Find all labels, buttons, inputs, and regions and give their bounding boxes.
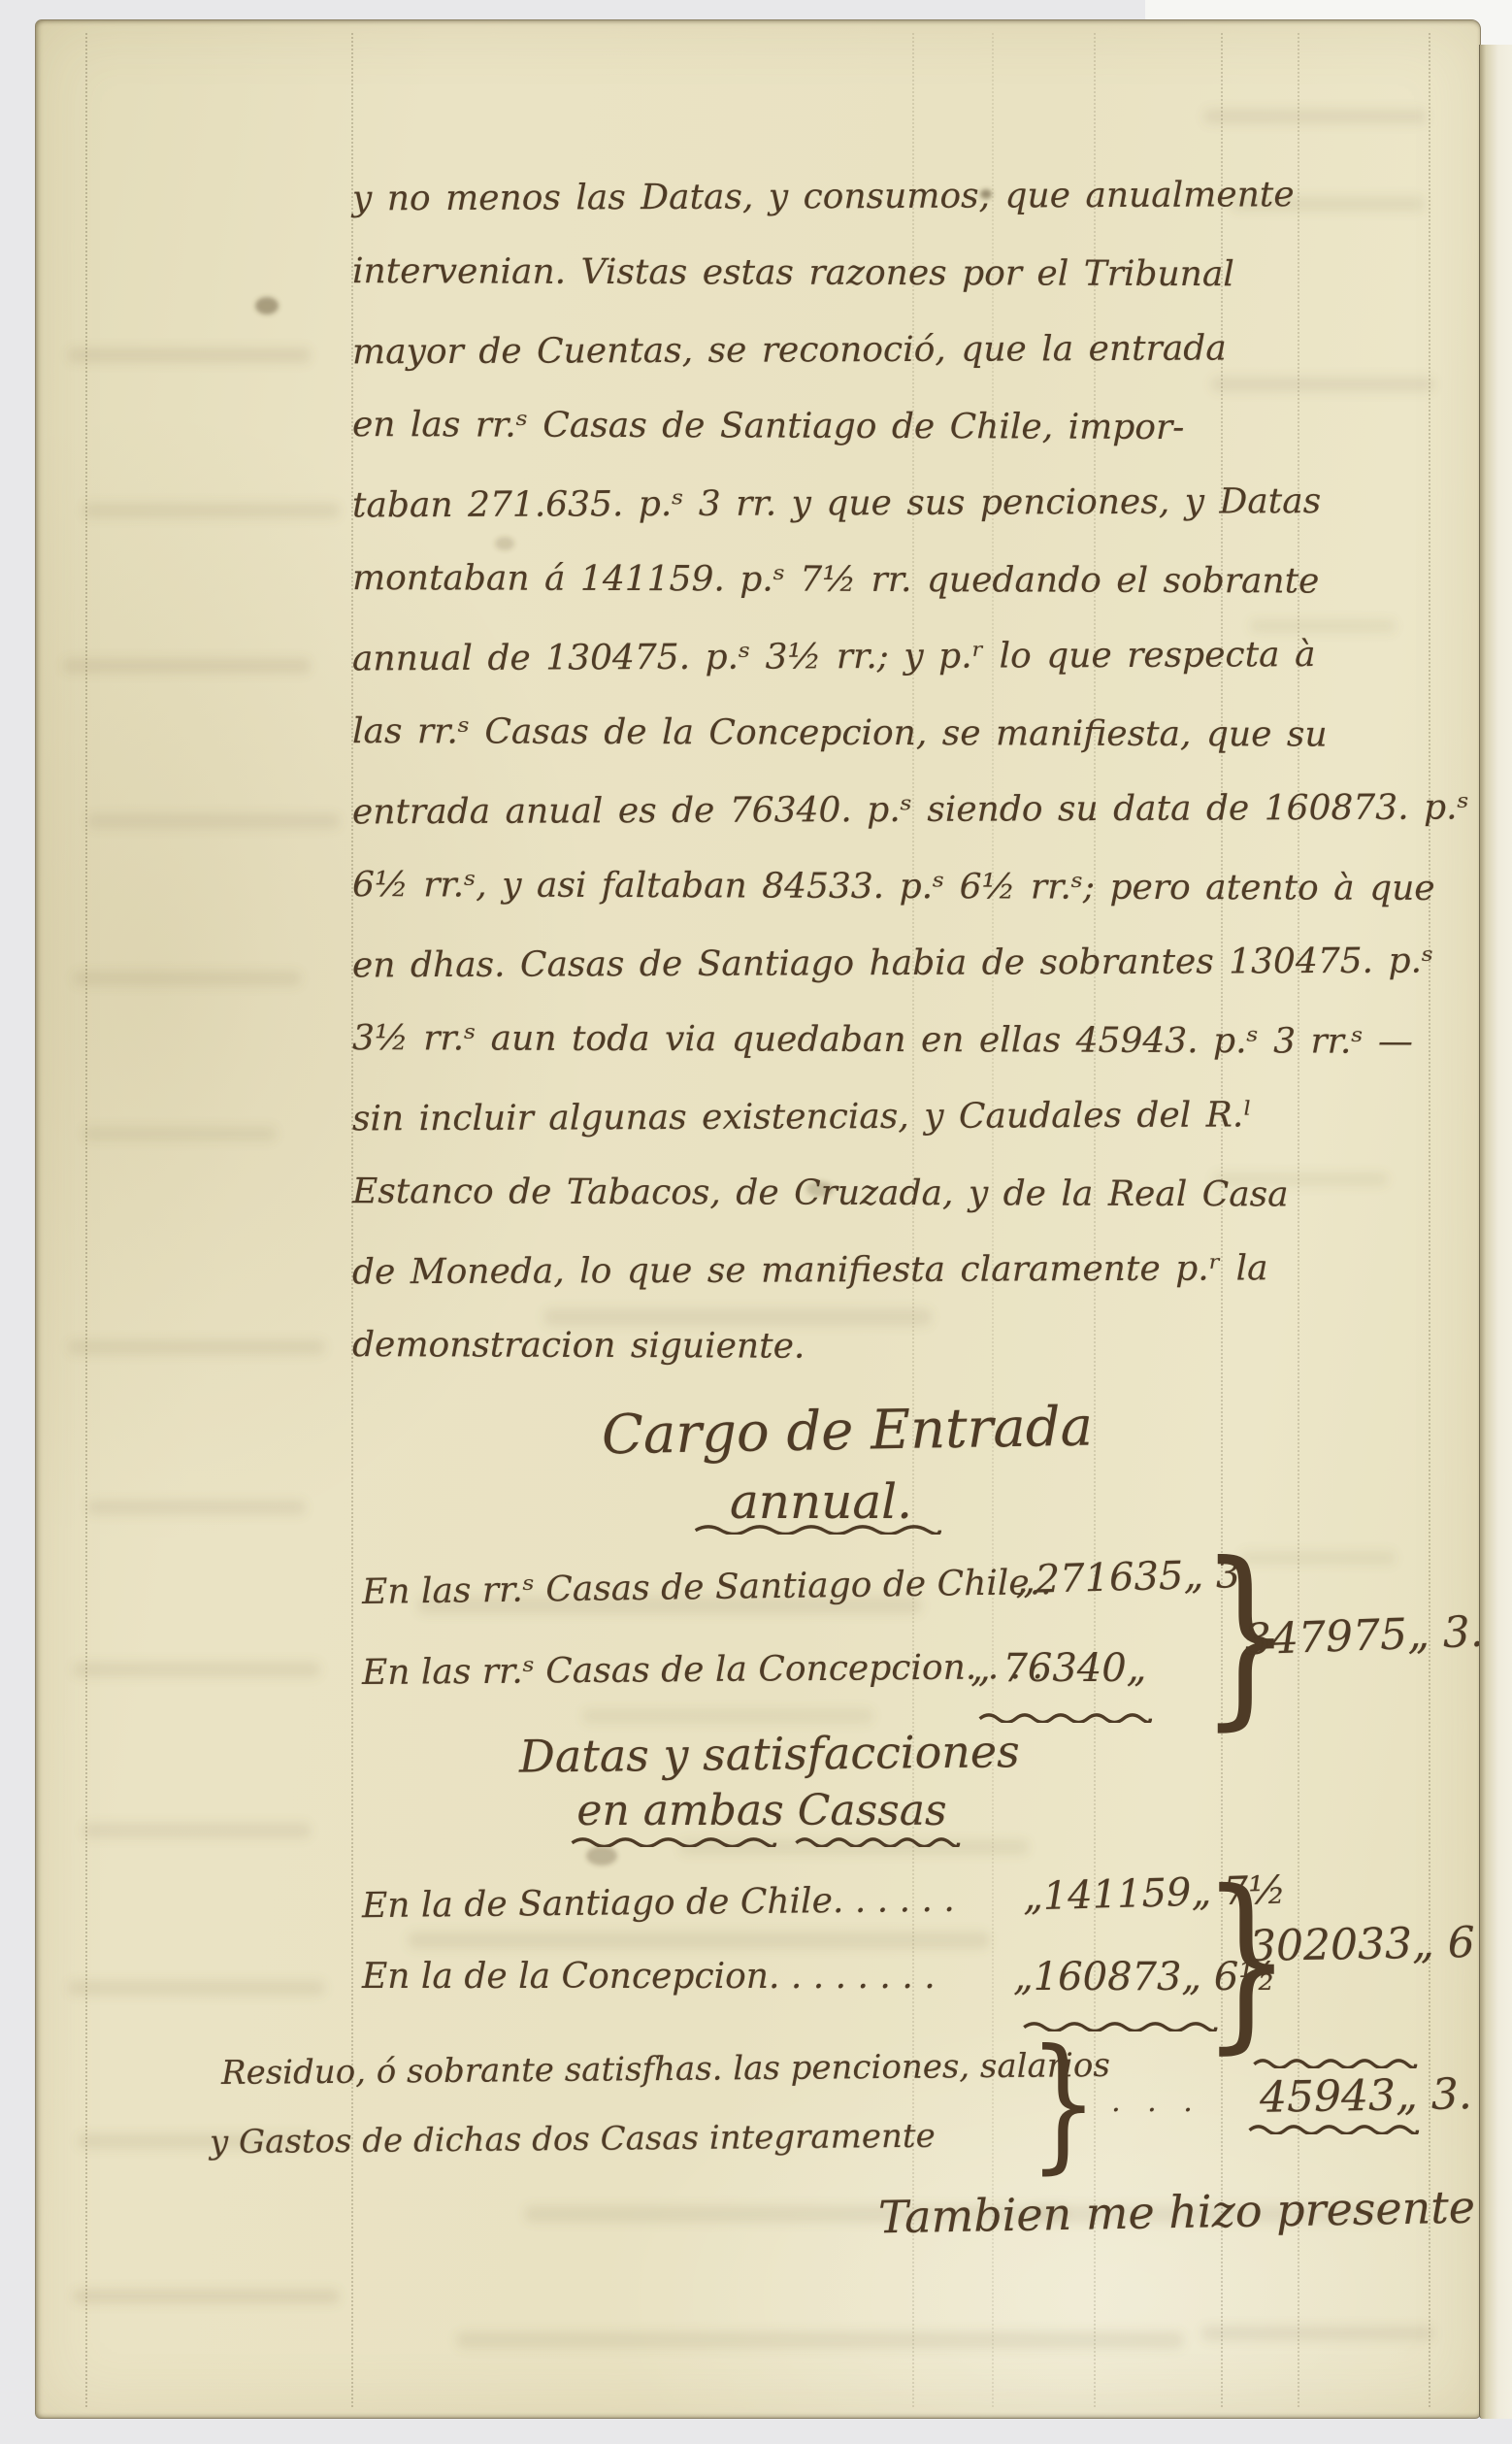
- squiggle-underline: [567, 1834, 780, 1847]
- manuscript-line: 3½ rr.ˢ aun toda via quedaban en ellas 4…: [352, 1000, 1430, 1080]
- manuscript-line: en las rr.ˢ Casas de Santiago de Chile, …: [352, 386, 1430, 467]
- adjacent-page-edge: [1479, 45, 1512, 2419]
- squiggle-underline: [975, 1710, 1155, 1723]
- manuscript-paragraph: y no menos las Datas, y consumos, que an…: [352, 158, 1430, 1385]
- manuscript-line: de Moneda, lo que se manifiesta claramen…: [352, 1230, 1430, 1311]
- closing-line: Tambien me hizo presente: [878, 2181, 1476, 2244]
- squiggle-underline: [689, 1522, 946, 1535]
- manuscript-line: mayor de Cuentas, se reconoció, que la e…: [352, 310, 1430, 391]
- datas-row-santiago-label: En la de Santiago de Chile. . . . . .: [362, 1880, 955, 1926]
- manuscript-line: en dhas. Casas de Santiago habia de sobr…: [352, 923, 1430, 1005]
- manuscript-line: 6½ rr.ˢ, y asi faltaban 84533. p.ˢ 6½ rr…: [352, 846, 1430, 927]
- manuscript-line: entrada anual es de 76340. p.ˢ siendo su…: [352, 770, 1430, 851]
- document-scan: y no menos las Datas, y consumos, que an…: [0, 0, 1512, 2444]
- section-title-datas-ambas: en ambas Cassas: [519, 1786, 1004, 1835]
- section-title-cargo: Cargo de Entrada: [601, 1396, 1087, 1468]
- residuo-leader-dots: . . . .: [1075, 2085, 1201, 2119]
- residuo-line-2: y Gastos de dichas dos Casas integrament…: [210, 2117, 936, 2163]
- residuo-line-1: Residuo, ó sobrante satisfhas. las penci…: [221, 2046, 1110, 2093]
- manuscript-line: taban 271.635. p.ˢ 3 rr. y que sus penci…: [352, 463, 1430, 545]
- squiggle-underline: [792, 1834, 963, 1847]
- manuscript-line: intervenian. Vistas estas razones por el…: [352, 233, 1430, 314]
- section-title-datas: Datas y satisfacciones: [519, 1725, 1005, 1782]
- manuscript-line: sin incluir algunas existencias, y Cauda…: [352, 1076, 1430, 1158]
- squiggle-rule-top: [1250, 2056, 1420, 2068]
- manuscript-line: montaban á 141159. p.ˢ 7½ rr. quedando e…: [352, 540, 1430, 620]
- manuscript-line: demonstracion siguiente.: [352, 1306, 1430, 1387]
- manuscript-line: las rr.ˢ Casas de la Concepcion, se mani…: [352, 693, 1430, 774]
- datas-row-concepcion-label: En la de la Concepcion. . . . . . . .: [362, 1957, 936, 1997]
- manuscript-line: y no menos las Datas, y consumos, que an…: [352, 156, 1430, 238]
- squiggle-rule-bottom: [1245, 2122, 1422, 2134]
- residuo-value: 45943„ 3.: [1260, 2069, 1473, 2123]
- cargo-row-concepcion-label: En las rr.ˢ Casas de la Concepcion. . . …: [362, 1647, 1043, 1693]
- fold-crease: [85, 33, 87, 2407]
- manuscript-line: annual de 130475. p.ˢ 3½ rr.; y p.ʳ lo q…: [352, 616, 1430, 698]
- datas-total-value: 302033„ 6: [1249, 1918, 1476, 1971]
- cargo-row-concepcion-value: „ 76340„: [970, 1646, 1146, 1691]
- cargo-total-value: 347975„ 3.: [1243, 1607, 1484, 1666]
- manuscript-line: Estanco de Tabacos, de Cruzada, y de la …: [352, 1153, 1430, 1234]
